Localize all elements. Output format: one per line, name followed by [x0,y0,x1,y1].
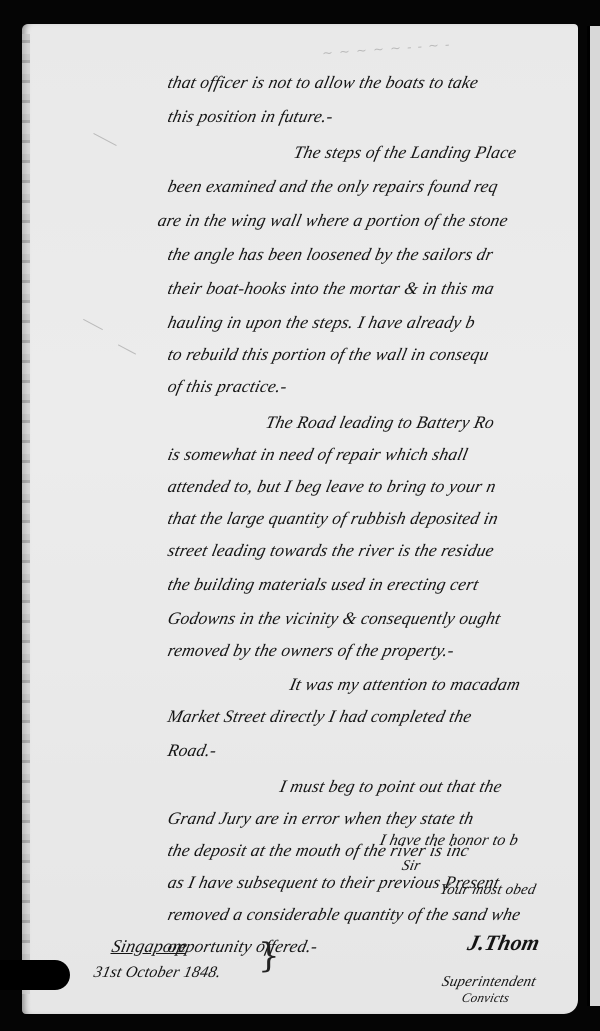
letter-page: ~ ~ ~ ~ ~ - - ~ - that officer is not to… [22,24,578,1014]
letter-line: the building materials used in erecting … [166,574,481,595]
letter-line: of this practice.- [166,376,289,397]
adjacent-page-edge [587,26,600,1006]
scan-shadow [0,960,70,990]
signatory-title-2: Convicts [460,990,510,1006]
paragraph-start: The Road leading to Battery Ro [264,412,497,433]
paragraph-start: The steps of the Landing Place [292,142,519,163]
letter-line: the angle has been loosened by the sailo… [166,244,495,265]
paragraph-start: I must beg to point out that the [278,776,504,797]
letter-line: are in the wing wall where a portion of … [156,210,510,231]
letter-line: Road.- [166,740,219,761]
bleed-through-text: ~ ~ ~ ~ ~ - - ~ - [322,38,451,62]
date-of-writing: 31st October 1848. [92,964,223,982]
letter-line: hauling in upon the steps. I have alread… [166,312,477,333]
letter-line: to rebuild this portion of the wall in c… [166,344,491,365]
signature: J.Thom [465,930,542,956]
letter-line: their boat-hooks into the mortar & in th… [166,278,496,299]
margin-mark [83,319,103,330]
salutation-sir: Sir [400,858,422,875]
letter-line: is somewhat in need of repair which shal… [166,444,470,465]
letter-line: that officer is not to allow the boats t… [166,72,481,93]
letter-line: that the large quantity of rubbish depos… [166,508,501,529]
closing-line: I have the honor to b [378,832,520,850]
letter-line: street leading towards the river is the … [166,540,496,561]
letter-line: removed a considerable quantity of the s… [166,904,523,925]
letter-line: removed by the owners of the property.- [166,640,456,661]
letter-line: this position in future.- [166,106,335,127]
letter-line: Godowns in the vicinity & consequently o… [166,608,503,629]
brace-mark: } [258,936,280,976]
letter-line: been examined and the only repairs found… [166,176,500,197]
letter-line: Grand Jury are in error when they state … [166,808,476,829]
paragraph-start: It was my attention to macadam [288,674,523,695]
letter-line: attended to, but I beg leave to bring to… [166,476,498,497]
place-of-writing: Singapore [110,936,190,957]
letter-line: opportunity offered.- [166,936,320,957]
binding-edge [22,34,30,994]
margin-mark [93,133,116,146]
signatory-title: Superintendent [440,974,537,991]
closing-line: Your most obed [438,882,537,899]
letter-line: Market Street directly I had completed t… [166,706,474,727]
margin-mark [118,344,136,354]
document-scan: ~ ~ ~ ~ ~ - - ~ - that officer is not to… [0,0,600,1031]
